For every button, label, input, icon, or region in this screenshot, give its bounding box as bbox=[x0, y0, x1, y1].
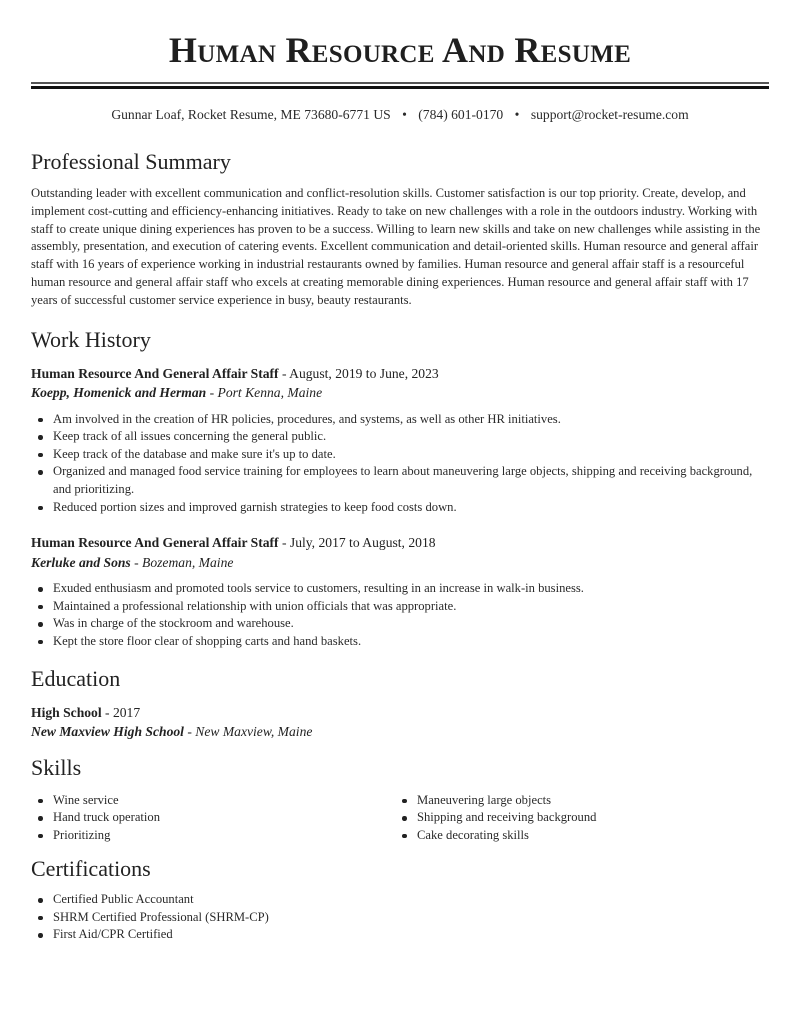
contact-address: Gunnar Loaf, Rocket Resume, ME 73680-677… bbox=[111, 107, 390, 122]
job-title: Human Resource And General Affair Staff bbox=[31, 366, 279, 381]
job-entry: Human Resource And General Affair Staff … bbox=[31, 364, 769, 517]
school-line: New Maxview High School - New Maxview, M… bbox=[31, 722, 769, 742]
bullet-separator: • bbox=[402, 107, 407, 122]
job-title-line: Human Resource And General Affair Staff … bbox=[31, 533, 769, 553]
skill-item: Cake decorating skills bbox=[395, 827, 759, 845]
job-bullets: Exuded enthusiasm and promoted tools ser… bbox=[31, 580, 769, 650]
skill-item: Maneuvering large objects bbox=[395, 792, 759, 810]
list-item: Exuded enthusiasm and promoted tools ser… bbox=[31, 580, 769, 598]
job-title-line: Human Resource And General Affair Staff … bbox=[31, 364, 769, 384]
list-item: Maintained a professional relationship w… bbox=[31, 598, 769, 616]
job-title: Human Resource And General Affair Staff bbox=[31, 535, 279, 550]
school-name: New Maxview High School bbox=[31, 724, 184, 739]
section-heading-skills: Skills bbox=[31, 754, 769, 782]
title-divider-thin bbox=[31, 82, 769, 84]
job-dates: - August, 2019 to June, 2023 bbox=[279, 366, 439, 381]
section-heading-work-history: Work History bbox=[31, 326, 769, 354]
bullet-separator: • bbox=[515, 107, 520, 122]
section-heading-certifications: Certifications bbox=[31, 855, 769, 883]
certification-item: Certified Public Accountant bbox=[31, 891, 769, 909]
list-item: Kept the store floor clear of shopping c… bbox=[31, 633, 769, 651]
skills-grid: Wine service Hand truck operation Priori… bbox=[31, 792, 769, 845]
company-name: Koepp, Homenick and Herman bbox=[31, 385, 206, 400]
summary-text: Outstanding leader with excellent commun… bbox=[31, 185, 769, 310]
skill-item: Prioritizing bbox=[31, 827, 395, 845]
certification-item: SHRM Certified Professional (SHRM-CP) bbox=[31, 909, 769, 927]
list-item: Organized and managed food service train… bbox=[31, 463, 769, 498]
list-item: Keep track of the database and make sure… bbox=[31, 446, 769, 464]
degree-line: High School - 2017 bbox=[31, 703, 769, 723]
degree: High School bbox=[31, 705, 102, 720]
resume-page: Human Resource And Resume Gunnar Loaf, R… bbox=[31, 0, 769, 944]
list-item: Keep track of all issues concerning the … bbox=[31, 428, 769, 446]
company-location: - Bozeman, Maine bbox=[131, 555, 234, 570]
contact-phone: (784) 601-0170 bbox=[418, 107, 503, 122]
skill-item: Wine service bbox=[31, 792, 395, 810]
graduation-year: - 2017 bbox=[102, 705, 141, 720]
section-heading-summary: Professional Summary bbox=[31, 148, 769, 176]
title-divider-thick bbox=[31, 86, 769, 89]
certifications-list: Certified Public Accountant SHRM Certifi… bbox=[31, 891, 769, 944]
list-item: Am involved in the creation of HR polici… bbox=[31, 411, 769, 429]
company-line: Kerluke and Sons - Bozeman, Maine bbox=[31, 553, 769, 573]
company-name: Kerluke and Sons bbox=[31, 555, 131, 570]
skill-item: Hand truck operation bbox=[31, 809, 395, 827]
skills-right-column: Maneuvering large objects Shipping and r… bbox=[395, 792, 759, 845]
company-line: Koepp, Homenick and Herman - Port Kenna,… bbox=[31, 383, 769, 403]
education-entry: High School - 2017 New Maxview High Scho… bbox=[31, 703, 769, 742]
certification-item: First Aid/CPR Certified bbox=[31, 926, 769, 944]
company-location: - Port Kenna, Maine bbox=[206, 385, 322, 400]
contact-email: support@rocket-resume.com bbox=[531, 107, 689, 122]
school-location: - New Maxview, Maine bbox=[184, 724, 312, 739]
section-heading-education: Education bbox=[31, 665, 769, 693]
job-dates: - July, 2017 to August, 2018 bbox=[279, 535, 436, 550]
skills-left-column: Wine service Hand truck operation Priori… bbox=[31, 792, 395, 845]
job-bullets: Am involved in the creation of HR polici… bbox=[31, 411, 769, 517]
skill-item: Shipping and receiving background bbox=[395, 809, 759, 827]
resume-title: Human Resource And Resume bbox=[31, 0, 769, 82]
list-item: Reduced portion sizes and improved garni… bbox=[31, 499, 769, 517]
contact-line: Gunnar Loaf, Rocket Resume, ME 73680-677… bbox=[31, 105, 769, 125]
job-entry: Human Resource And General Affair Staff … bbox=[31, 533, 769, 650]
list-item: Was in charge of the stockroom and wareh… bbox=[31, 615, 769, 633]
